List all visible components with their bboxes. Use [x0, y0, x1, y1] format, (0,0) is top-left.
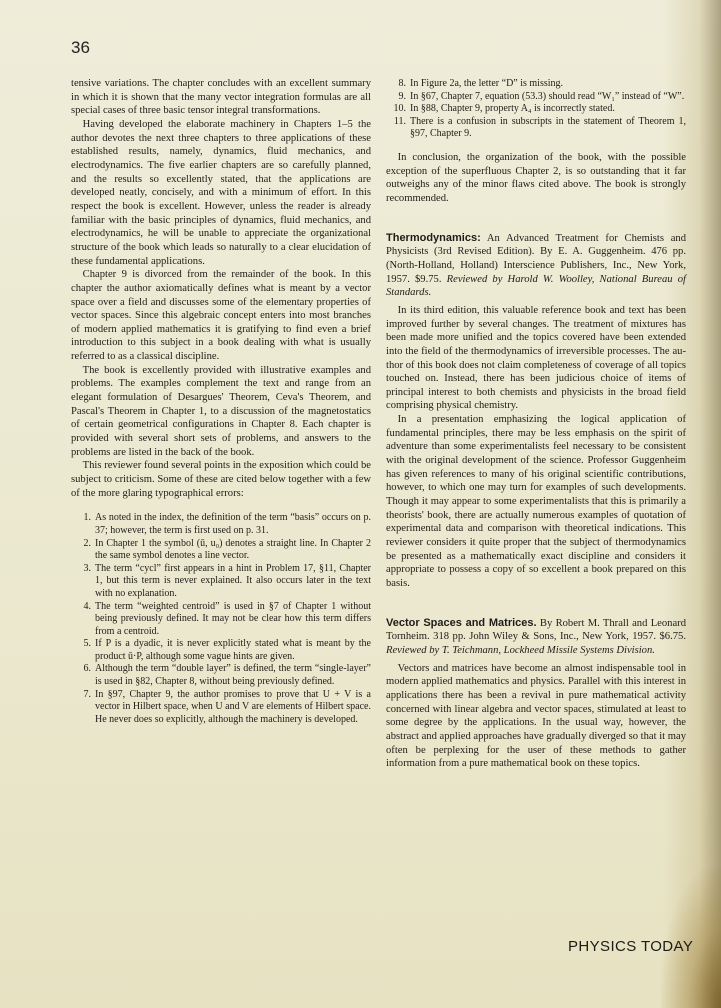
conclusion-paragraph: In conclusion, the organization of the b…: [386, 151, 686, 206]
paragraph: The book is excellently provided with il…: [71, 364, 371, 460]
errata-item: 9.In §67, Chapter 7, equation (53.3) sho…: [410, 91, 686, 104]
errata-item: 7.In §97, Chapter 9, the author promises…: [95, 689, 371, 727]
reviewer-credit: Reviewed by T. Teich­mann, Lockheed Miss…: [386, 645, 655, 656]
errata-item: 8.In Figure 2a, the letter “D” is missin…: [410, 78, 686, 91]
errata-item: 4.The term “weighted centroid” is used i…: [95, 601, 371, 639]
errata-item: 3.The term “cycl” first appears in a hin…: [95, 563, 371, 601]
book-title: Thermodynamics:: [386, 232, 481, 244]
paragraph: Vectors and matrices have become an almo…: [386, 662, 686, 771]
errata-list: 1.As noted in the index, the definition …: [71, 512, 371, 726]
paragraph: In a presentation emphasizing the logica…: [386, 413, 686, 591]
review-heading-thermodynamics: Thermodynamics: An Advanced Treatment fo…: [386, 232, 686, 300]
paragraph: In its third edition, this valuable refe…: [386, 304, 686, 413]
errata-item: 1.As noted in the index, the definition …: [95, 512, 371, 537]
paragraph: Chapter 9 is divorced from the remainder…: [71, 268, 371, 364]
errata-item: 2.In Chapter 1 the symbol (ū, u₀) denote…: [95, 538, 371, 563]
page-number: 36: [71, 38, 90, 58]
right-column: 8.In Figure 2a, the letter “D” is missin…: [386, 78, 686, 771]
left-column: tensive variations. The chapter conclude…: [71, 77, 371, 726]
scanned-page: 36 tensive variations. The chapter concl…: [0, 0, 721, 1008]
paragraph: This reviewer found several points in th…: [71, 459, 371, 500]
errata-item: 5.If P is a dyadic, it is never explicit…: [95, 638, 371, 663]
paragraph: tensive variations. The chapter conclude…: [71, 77, 371, 118]
book-title: Vector Spaces and Matrices.: [386, 617, 537, 629]
errata-item: 6.Although the term “double layer” is de…: [95, 663, 371, 688]
review-heading-vector-spaces: Vector Spaces and Matrices. By Robert M.…: [386, 617, 686, 658]
errata-item: 11.There is a confusion in subscripts in…: [410, 116, 686, 141]
journal-footer: PHYSICS TODAY: [568, 938, 693, 955]
paragraph: Having developed the elaborate machinery…: [71, 118, 371, 268]
errata-item: 10.In §88, Chapter 9, property A₄ is inc…: [410, 103, 686, 116]
errata-list-continued: 8.In Figure 2a, the letter “D” is missin…: [386, 78, 686, 141]
